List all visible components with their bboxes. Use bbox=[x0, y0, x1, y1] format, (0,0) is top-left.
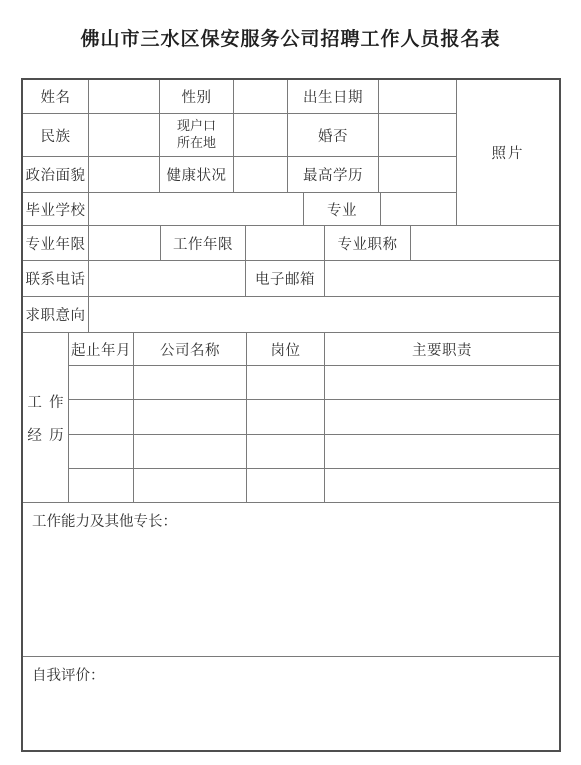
work-dates-cell bbox=[69, 435, 134, 468]
work-dates-cell bbox=[69, 400, 134, 433]
work-position-cell bbox=[247, 435, 325, 468]
gender-value-cell bbox=[234, 80, 288, 113]
work-duties-cell bbox=[325, 366, 559, 399]
major-label: 专业 bbox=[304, 193, 381, 225]
work-experience-grid: 起止年月 公司名称 岗位 主要职责 bbox=[69, 333, 559, 502]
marital-status-label: 婚否 bbox=[288, 114, 379, 156]
work-header-dates: 起止年月 bbox=[69, 333, 134, 365]
school-label: 毕业学校 bbox=[23, 193, 89, 225]
row-school-major: 毕业学校 专业 bbox=[23, 193, 456, 225]
work-experience-row bbox=[69, 435, 559, 469]
job-intention-label: 求职意向 bbox=[23, 297, 89, 332]
work-years-label: 工作年限 bbox=[161, 226, 246, 260]
household-label-line1: 现户口 bbox=[177, 118, 216, 135]
work-company-cell bbox=[134, 469, 247, 502]
marital-value-cell bbox=[379, 114, 456, 156]
work-dates-cell bbox=[69, 469, 134, 502]
political-status-value-cell bbox=[89, 157, 160, 192]
birth-date-label: 出生日期 bbox=[288, 80, 379, 113]
work-experience-header-row: 起止年月 公司名称 岗位 主要职责 bbox=[69, 333, 559, 366]
skills-label: 工作能力及其他专长： bbox=[32, 514, 177, 530]
photo-cell: 照片 bbox=[456, 80, 559, 225]
school-value-cell bbox=[89, 193, 304, 225]
self-evaluation-label: 自我评价： bbox=[32, 668, 105, 684]
education-value-cell bbox=[379, 157, 456, 192]
work-header-position: 岗位 bbox=[247, 333, 325, 365]
application-form-table: 姓名 性别 出生日期 民族 现户口 所在地 婚否 bbox=[21, 78, 561, 752]
work-experience-row bbox=[69, 366, 559, 400]
work-experience-label-line2: 经 历 bbox=[27, 424, 63, 445]
major-years-value-cell bbox=[89, 226, 161, 260]
row-name-gender-birth: 姓名 性别 出生日期 bbox=[23, 80, 456, 114]
ethnicity-label: 民族 bbox=[23, 114, 89, 156]
work-company-cell bbox=[134, 400, 247, 433]
work-position-cell bbox=[247, 366, 325, 399]
household-label-line2: 所在地 bbox=[177, 135, 216, 152]
work-experience-section: 工 作 经 历 起止年月 公司名称 岗位 主要职责 bbox=[23, 333, 559, 503]
phone-value-cell bbox=[89, 261, 246, 296]
work-experience-label-line1: 工 作 bbox=[27, 391, 63, 412]
work-header-duties: 主要职责 bbox=[325, 333, 559, 365]
personal-info-grid: 姓名 性别 出生日期 民族 现户口 所在地 婚否 bbox=[23, 80, 456, 225]
household-location-label: 现户口 所在地 bbox=[160, 114, 234, 156]
name-label: 姓名 bbox=[23, 80, 89, 113]
form-title: 佛山市三水区保安服务公司招聘工作人员报名表 bbox=[0, 24, 581, 51]
health-value-cell bbox=[234, 157, 288, 192]
gender-label: 性别 bbox=[160, 80, 234, 113]
work-experience-label: 工 作 经 历 bbox=[23, 333, 69, 502]
row-years-title: 专业年限 工作年限 专业职称 bbox=[23, 226, 559, 261]
work-position-cell bbox=[247, 400, 325, 433]
personal-info-section: 姓名 性别 出生日期 民族 现户口 所在地 婚否 bbox=[23, 80, 559, 226]
job-intention-value-cell bbox=[89, 297, 559, 332]
row-political-health-education: 政治面貌 健康状况 最高学历 bbox=[23, 157, 456, 193]
email-label: 电子邮箱 bbox=[246, 261, 325, 296]
professional-title-value-cell bbox=[411, 226, 559, 260]
work-duties-cell bbox=[325, 435, 559, 468]
row-job-intention: 求职意向 bbox=[23, 297, 559, 333]
work-experience-row bbox=[69, 469, 559, 502]
work-company-cell bbox=[134, 435, 247, 468]
self-evaluation-section: 自我评价： bbox=[23, 657, 559, 750]
education-label: 最高学历 bbox=[288, 157, 379, 192]
work-years-value-cell bbox=[246, 226, 325, 260]
work-position-cell bbox=[247, 469, 325, 502]
household-value-cell bbox=[234, 114, 288, 156]
work-duties-cell bbox=[325, 469, 559, 502]
birth-date-value-cell bbox=[379, 80, 456, 113]
work-company-cell bbox=[134, 366, 247, 399]
major-value-cell bbox=[381, 193, 456, 225]
phone-label: 联系电话 bbox=[23, 261, 89, 296]
professional-title-label: 专业职称 bbox=[325, 226, 411, 260]
work-duties-cell bbox=[325, 400, 559, 433]
political-status-label: 政治面貌 bbox=[23, 157, 89, 192]
health-label: 健康状况 bbox=[160, 157, 234, 192]
row-ethnicity-household-marital: 民族 现户口 所在地 婚否 bbox=[23, 114, 456, 157]
work-experience-row bbox=[69, 400, 559, 434]
ethnicity-value-cell bbox=[89, 114, 160, 156]
work-header-company: 公司名称 bbox=[134, 333, 247, 365]
work-dates-cell bbox=[69, 366, 134, 399]
name-value-cell bbox=[89, 80, 160, 113]
email-value-cell bbox=[325, 261, 559, 296]
skills-section: 工作能力及其他专长： bbox=[23, 503, 559, 657]
row-phone-email: 联系电话 电子邮箱 bbox=[23, 261, 559, 297]
major-years-label: 专业年限 bbox=[23, 226, 89, 260]
scanned-application-form: 佛山市三水区保安服务公司招聘工作人员报名表 姓名 性别 出生日期 民族 现户口 bbox=[0, 0, 581, 765]
